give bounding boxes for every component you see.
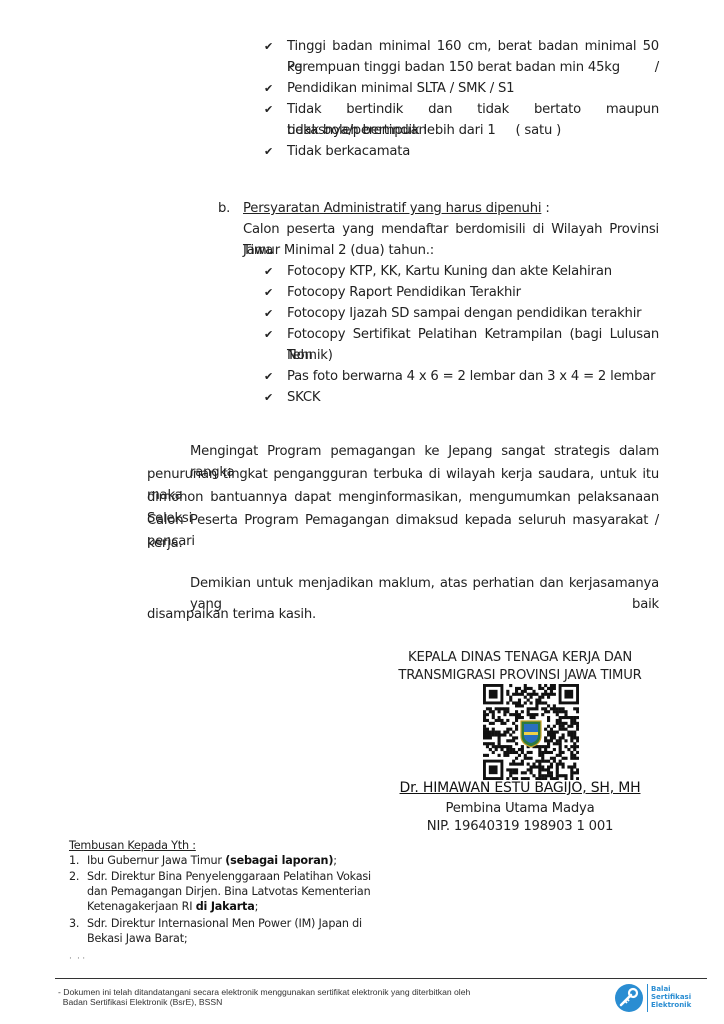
bsre-logo-divider (647, 984, 648, 1012)
administrative-requirement-2: Fotocopy Raport Pendidikan Terakhir (287, 282, 659, 303)
paragraph-closing-line2: disampaikan terima kasih. (147, 604, 659, 625)
cc-emphasis: (sebagai laporan) (225, 854, 333, 867)
signatory-name: Dr. HIMAWAN ESTU BAGIJO, SH, MH (390, 778, 650, 799)
paragraph-program-importance-line5: kerja. (147, 533, 659, 554)
checkmark-icon: ✔ (264, 78, 278, 99)
cc-text: ; (255, 900, 259, 913)
physical-requirement-2: Pendidikan minimal SLTA / SMK / S1 (287, 78, 659, 99)
footer-line2: Badan Sertifikasi Elektronik (BsrE), BSS… (58, 997, 222, 1008)
signatory-nip: NIP. 19640319 198903 1 001 (390, 816, 650, 837)
checkmark-icon: ✔ (264, 36, 278, 57)
checkmark-icon: ✔ (264, 261, 278, 282)
section-b-heading-suffix: : (541, 201, 549, 216)
administrative-requirement-6: SKCK (287, 387, 659, 408)
checkmark-icon: ✔ (264, 366, 278, 387)
cc-item-1: Ibu Gubernur Jawa Timur (sebagai laporan… (87, 853, 387, 868)
cc-cutoff-marker: · · · (69, 952, 85, 967)
checkmark-icon: ✔ (264, 282, 278, 303)
administrative-requirement-1: Fotocopy KTP, KK, Kartu Kuning dan akte … (287, 261, 659, 282)
checkmark-icon: ✔ (264, 141, 278, 162)
checkmark-icon: ✔ (264, 387, 278, 408)
section-b-heading-text: Persyaratan Administratif yang harus dip… (243, 201, 541, 216)
checkmark-icon: ✔ (264, 303, 278, 324)
cc-text: Sdr. Direktur Internasional Men Power (I… (87, 917, 362, 945)
physical-requirement-3-line2: tidak boleh bertindik lebih dari 1 ( sat… (287, 120, 659, 141)
cc-emphasis: di Jakarta (196, 900, 255, 913)
footer-line1: - Dokumen ini telah ditandatangani secar… (58, 987, 470, 998)
section-b-marker: b. (218, 198, 230, 219)
cc-item-number: 1. (69, 853, 79, 868)
section-b-intro-line2: Timur Minimal 2 (dua) tahun.: (243, 240, 434, 261)
checkmark-icon: ✔ (264, 324, 278, 345)
cc-text: Ibu Gubernur Jawa Timur (87, 854, 225, 867)
administrative-requirement-5: Pas foto berwarna 4 x 6 = 2 lembar dan 3… (287, 366, 659, 387)
administrative-requirement-4-line2: Tehnik) (287, 345, 659, 366)
physical-requirement-4: Tidak berkacamata (287, 141, 659, 162)
cc-item-3: Sdr. Direktur Internasional Men Power (I… (87, 916, 387, 946)
bsre-logo-text: BalaiSertifikasiElektronik (651, 985, 691, 1009)
administrative-requirement-3: Fotocopy Ijazah SD sampai dengan pendidi… (287, 303, 659, 324)
section-b-heading: Persyaratan Administratif yang harus dip… (243, 198, 550, 219)
bsre-logo: BalaiSertifikasiElektronik (612, 981, 712, 1017)
signature-title-line2: TRANSMIGRASI PROVINSI JAWA TIMUR (390, 665, 650, 686)
cc-item-number: 3. (69, 916, 79, 931)
physical-requirement-1-line2: Perempuan tinggi badan 150 berat badan m… (287, 57, 659, 78)
cc-item-2: Sdr. Direktur Bina Penyelenggaraan Pelat… (87, 869, 387, 914)
bsre-key-icon (614, 983, 644, 1013)
cc-item-number: 2. (69, 869, 79, 884)
qr-code-icon (483, 684, 579, 780)
footer-divider (55, 978, 707, 979)
cc-heading: Tembusan Kepada Yth : (69, 838, 196, 853)
checkmark-icon: ✔ (264, 99, 278, 120)
cc-text: ; (333, 854, 337, 867)
